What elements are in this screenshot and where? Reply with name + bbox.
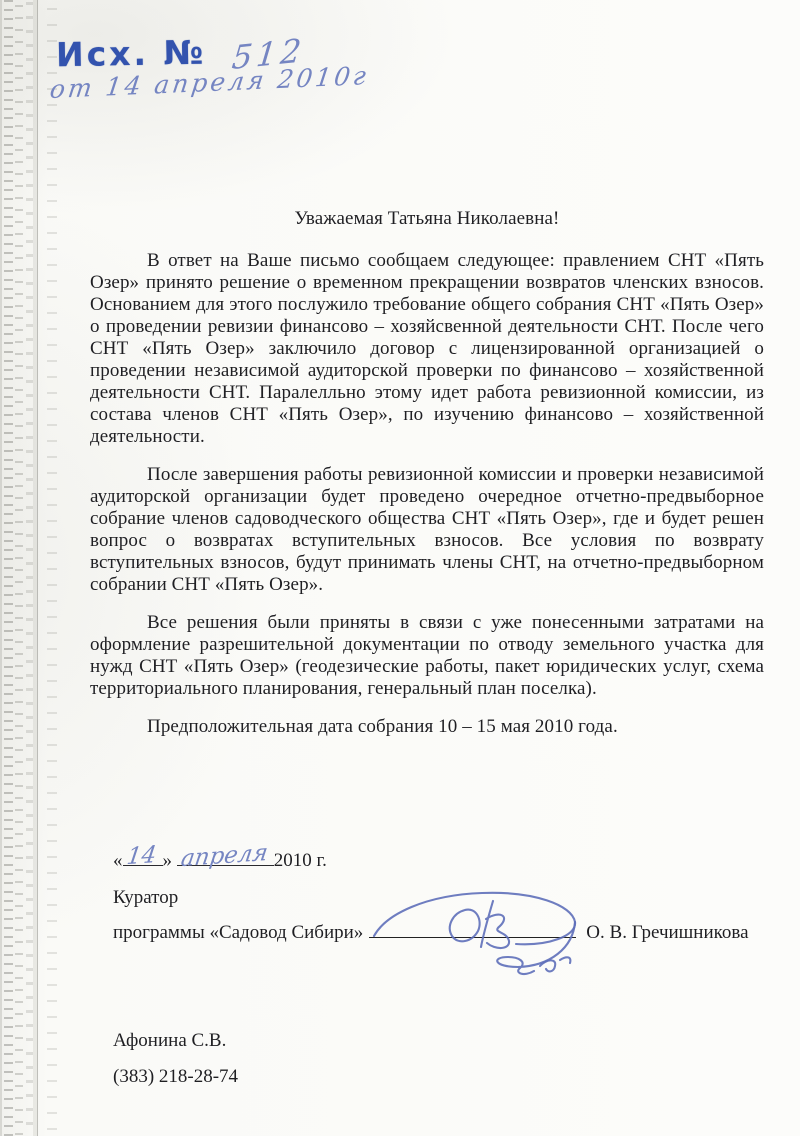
letter-paragraph-4: Предположительная дата собрания 10 – 15 … [90,716,764,738]
letter-paragraph-2: После завершения работы ревизионной коми… [90,464,764,596]
date-year: 2010 г. [274,850,327,871]
date-quote-open: « [113,850,123,871]
contact-phone-number: (383) 218-28-74 [113,1066,238,1088]
date-day-handwritten: 14 [125,842,158,870]
date-day-blank: 14 [123,865,163,866]
date-line: «14» апреля2010 г. [113,850,327,872]
signer-name: О. В. Гречишникова [586,922,748,943]
contact-person-name: Афонина С.В. [113,1030,226,1052]
signer-role-line1: Куратор [113,887,178,909]
letter-paragraph-3: Все решения были приняты в связи с уже п… [90,612,764,700]
scan-edge-artifact-faint [44,0,62,1136]
date-month-blank: апреля [177,865,274,866]
date-month-handwritten: апреля [179,840,269,872]
handwritten-signature [368,886,586,988]
letter-paragraph-1: В ответ на Ваше письмо сообщаем следующе… [90,250,764,448]
scanned-letter-page: Исх. № 512 от 14 апреля 2010г Уважаемая … [0,0,800,1136]
letter-body: Уважаемая Татьяна Николаевна! В ответ на… [90,208,764,754]
salutation: Уважаемая Татьяна Николаевна! [90,208,764,230]
scan-edge-artifact [0,0,38,1136]
date-quote-close: » [163,850,173,871]
signer-role-line2: программы «Садовод Сибири» [113,922,363,943]
